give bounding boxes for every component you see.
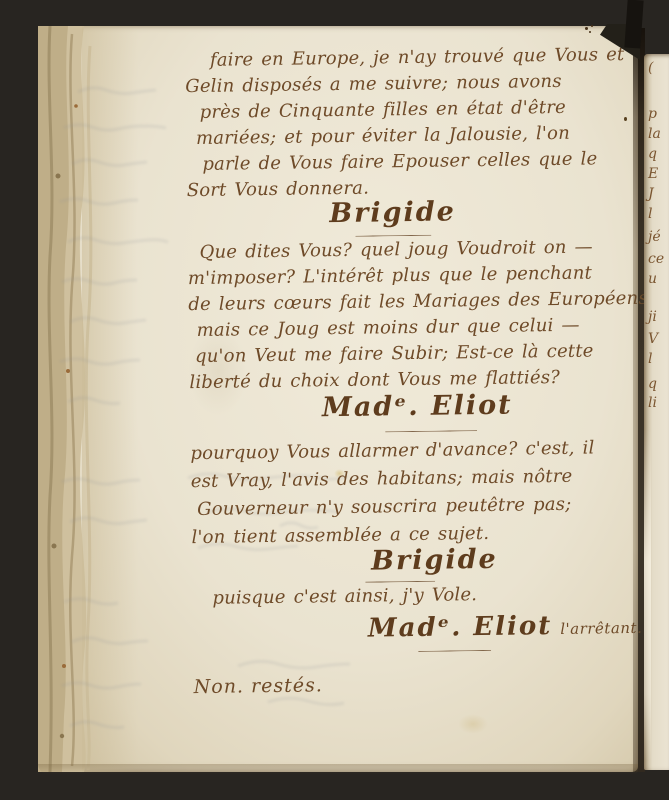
speaker-heading: Madᵉ. Eliot <box>368 611 553 644</box>
facing-text-fragment: q <box>648 376 657 392</box>
heading-underline <box>385 430 477 432</box>
facing-text-fragment: jé <box>648 229 661 245</box>
ink-speck <box>585 27 588 30</box>
handwritten-text-layer: faire en Europe, je n'ay trouvé que Vous… <box>184 20 649 772</box>
deckle-edge <box>38 26 122 772</box>
manuscript-page: faire en Europe, je n'ay trouvé que Vous… <box>38 26 638 772</box>
facing-text-fragment: l <box>648 206 652 222</box>
facing-text-fragment: ji <box>648 309 657 325</box>
speech-line: puisque c'est ainsi, j'y Vole. <box>192 580 647 612</box>
ink-speck <box>624 117 627 121</box>
speaker-heading: Brigide <box>165 194 620 231</box>
facing-text-fragment: E <box>648 166 658 182</box>
closing-attribution: Madᵉ. Eliotl'arrêtant. <box>368 607 669 643</box>
facing-text-fragment: la <box>648 126 661 142</box>
speech-block: puisque c'est ainsi, j'y Vole. <box>192 580 647 612</box>
ink-speck <box>589 31 591 33</box>
stage-direction: Non. restés. <box>194 670 649 698</box>
heading-underline <box>418 650 491 652</box>
stage-note: l'arrêtant. <box>560 619 642 638</box>
speaker-heading: Madᵉ. Eliot <box>190 388 645 425</box>
facing-page-strip: ( p la q E J l jé ce u ji V l q li <box>644 54 669 770</box>
speech-block: Que dites Vous? quel joug Voudroit on — … <box>187 234 644 396</box>
facing-text-fragment: J <box>648 186 654 202</box>
facing-text-fragment: ( <box>648 60 653 76</box>
speech-block: faire en Europe, je n'ay trouvé que Vous… <box>185 42 642 204</box>
speech-block: pourquoy Vous allarmer d'avance? c'est, … <box>190 434 647 552</box>
facing-text-fragment: V <box>648 331 658 347</box>
facing-text-fragment: q <box>648 146 657 162</box>
facing-text-fragment: p <box>648 106 657 122</box>
facing-text-fragment: l <box>648 351 652 367</box>
facing-text-fragment: u <box>648 271 657 287</box>
ink-speck <box>591 25 593 27</box>
speaker-heading: Brigide <box>207 542 662 579</box>
spine-notch <box>624 0 643 48</box>
facing-text-fragment: li <box>648 395 657 411</box>
facing-text-fragment: ce <box>648 251 664 267</box>
